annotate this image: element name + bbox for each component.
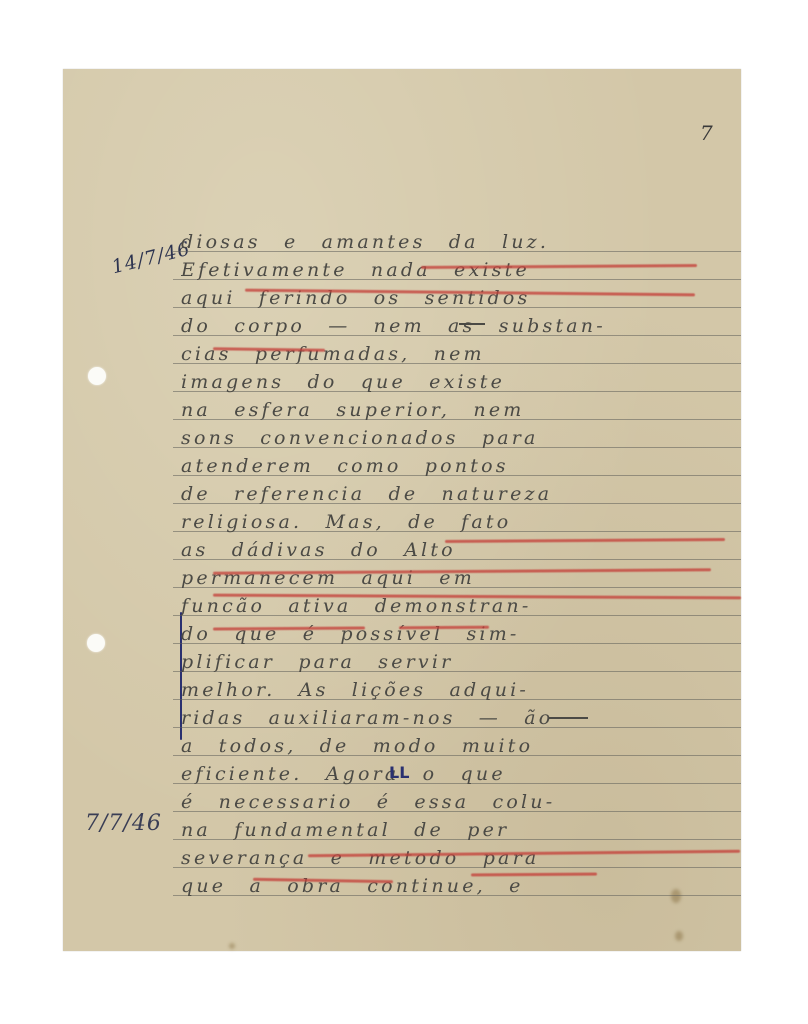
manuscript-line: diosas e amantes da luz. bbox=[181, 229, 731, 255]
manuscript-line: melhor. As lições adqui- bbox=[181, 677, 731, 703]
punch-hole-bottom bbox=[87, 634, 105, 652]
punch-hole-top bbox=[88, 367, 106, 385]
manuscript-page: 7 14/7/46 7/7/46 diosas e amantes da luz… bbox=[63, 69, 741, 951]
page-number: 7 bbox=[700, 121, 713, 145]
manuscript-line: Efetivamente nada existe bbox=[181, 257, 731, 283]
paper-stain bbox=[675, 931, 683, 941]
red-underline bbox=[399, 626, 489, 630]
manuscript-line: do corpo — nem as substan- bbox=[181, 313, 731, 339]
manuscript-line: atenderem como pontos bbox=[181, 453, 731, 479]
manuscript-line: religiosa. Mas, de fato bbox=[181, 509, 731, 535]
manuscript-line: é necessario é essa colu- bbox=[181, 789, 731, 815]
paper-stain bbox=[229, 943, 235, 949]
strikethrough-mark bbox=[459, 323, 485, 325]
manuscript-line: sons convencionados para bbox=[181, 425, 731, 451]
manuscript-line: imagens do que existe bbox=[181, 369, 731, 395]
manuscript-line: severança e metodo para bbox=[181, 845, 731, 871]
paragraph-mark: LL bbox=[389, 763, 409, 782]
margin-date-bottom: 7/7/46 bbox=[85, 811, 162, 836]
manuscript-line: ridas auxiliaram-nos — ão bbox=[181, 705, 731, 731]
manuscript-line: cias perfumadas, nem bbox=[181, 341, 731, 367]
manuscript-line: plificar para servir bbox=[181, 649, 731, 675]
manuscript-line: na esfera superior, nem bbox=[181, 397, 731, 423]
strikethrough-mark bbox=[548, 717, 588, 719]
manuscript-line: eficiente. Agora o que bbox=[181, 761, 731, 787]
manuscript-line: do que é possível sim- bbox=[181, 621, 731, 647]
manuscript-line: de referencia de natureza bbox=[181, 481, 731, 507]
manuscript-line: na fundamental de per bbox=[181, 817, 731, 843]
manuscript-line: a todos, de modo muito bbox=[181, 733, 731, 759]
manuscript-line: que a obra continue, e bbox=[181, 873, 731, 899]
